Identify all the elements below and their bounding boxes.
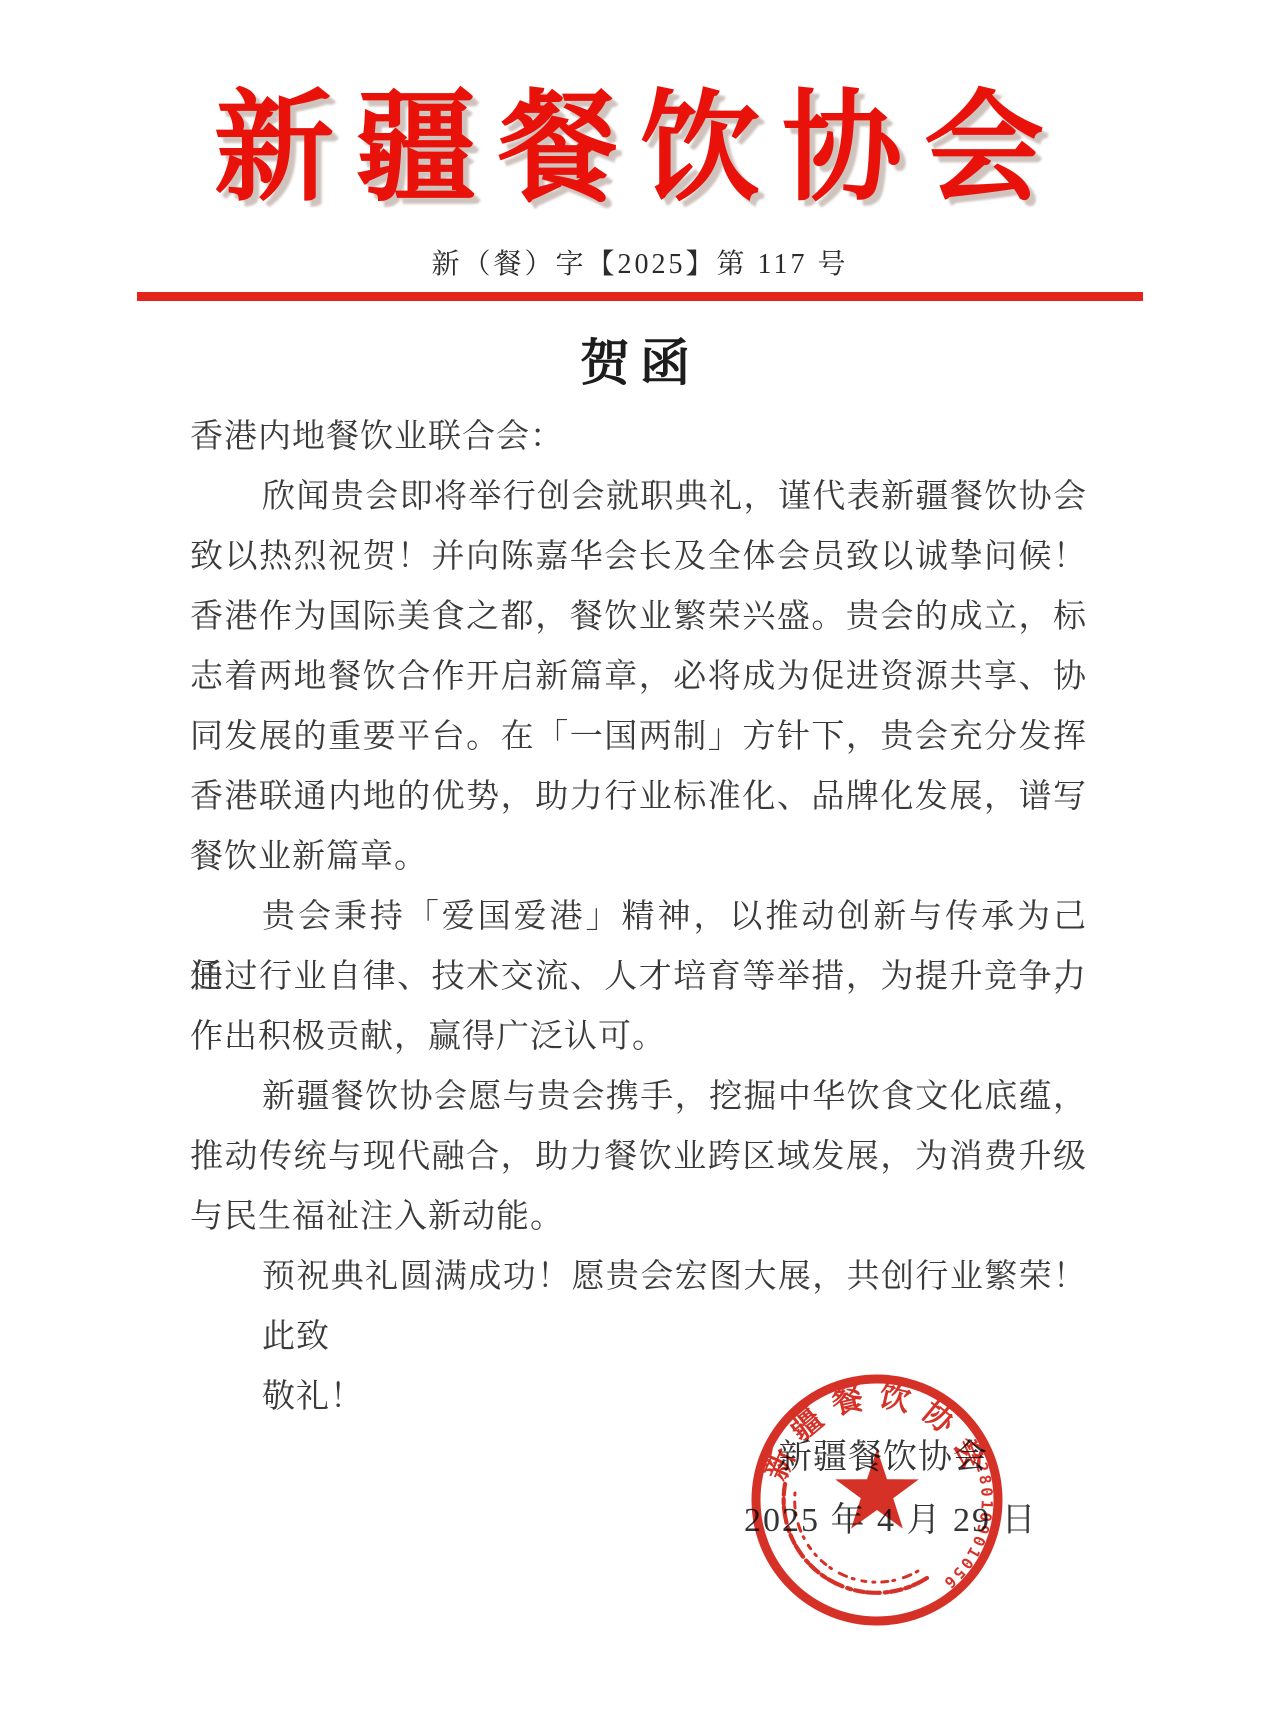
letter-title: 贺函	[0, 336, 1280, 390]
official-seal: 新疆餐饮协会 1128010901056	[742, 1365, 1012, 1635]
body-line: 通过行业自律、技术交流、人才培育等举措，为提升竞争力	[190, 947, 1087, 1007]
body-line: 推动传统与现代融合，助力餐饮业跨区域发展，为消费升级	[190, 1127, 1087, 1187]
body-line: 新疆餐饮协会愿与贵会携手，挖掘中华饮食文化底蕴，	[190, 1067, 1087, 1127]
letterhead-rule	[137, 292, 1143, 301]
body-line: 此致	[190, 1307, 1087, 1367]
body-line: 香港内地餐饮业联合会：	[190, 407, 1087, 467]
body-line: 贵会秉持「爱国爱港」精神，以推动创新与传承为己任，	[190, 887, 1087, 947]
body-line: 香港联通内地的优势，助力行业标准化、品牌化发展，谱写	[190, 767, 1087, 827]
doc-number: 新（餐）字【2025】第 117 号	[0, 248, 1280, 282]
body-line: 志着两地餐饮合作开启新篇章，必将成为促进资源共享、协	[190, 647, 1087, 707]
body-line: 同发展的重要平台。在「一国两制」方针下，贵会充分发挥	[190, 707, 1087, 767]
signature-date: 2025 年 4 月 29 日	[744, 1503, 1038, 1538]
body-line: 餐饮业新篇章。	[190, 827, 1087, 887]
body-line: 预祝典礼圆满成功！愿贵会宏图大展，共创行业繁荣！	[190, 1247, 1087, 1307]
body-line: 作出积极贡献，赢得广泛认可。	[190, 1007, 1087, 1067]
body-line: 香港作为国际美食之都，餐饮业繁荣兴盛。贵会的成立，标	[190, 587, 1087, 647]
signature-org: 新疆餐饮协会	[778, 1440, 988, 1475]
body-line: 与民生福祉注入新动能。	[190, 1187, 1087, 1247]
body-line: 致以热烈祝贺！并向陈嘉华会长及全体会员致以诚挚问候！	[190, 527, 1087, 587]
letter-body: 香港内地餐饮业联合会：欣闻贵会即将举行创会就职典礼，谨代表新疆餐饮协会致以热烈祝…	[190, 407, 1087, 1427]
letter-page: 新疆餐饮协会 新（餐）字【2025】第 117 号 贺函 香港内地餐饮业联合会：…	[0, 0, 1280, 1716]
body-line: 欣闻贵会即将举行创会就职典礼，谨代表新疆餐饮协会	[190, 467, 1087, 527]
org-title: 新疆餐饮协会	[0, 74, 1280, 224]
